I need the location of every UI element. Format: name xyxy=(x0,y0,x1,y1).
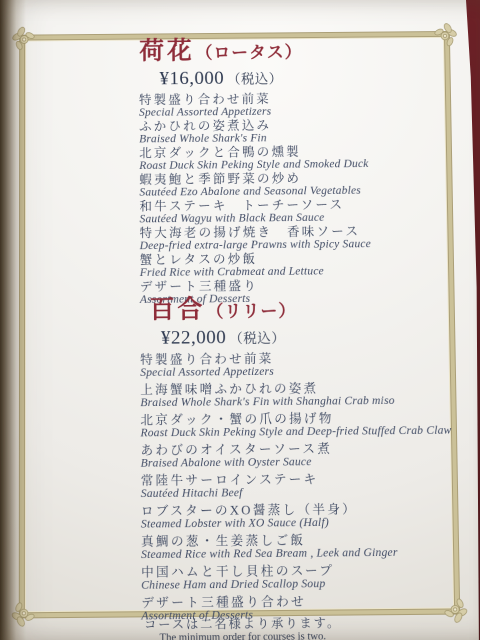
menu-item: 真鯛の葱・生姜蒸しご飯 Steamed Rice with Red Sea Br… xyxy=(141,533,480,562)
menu-item: 中国ハムと干し貝柱のスープ Chinese Ham and Dried Scal… xyxy=(141,563,480,592)
menu-item-en: Roast Duck Skin Peking Style and Deep-fr… xyxy=(140,425,480,440)
course-price: ¥22,000（税込） xyxy=(138,325,308,351)
course-title-jp: 荷花 xyxy=(139,38,195,65)
course-title: 荷花（ロータス） xyxy=(137,37,305,68)
menu-item: ふかひれの姿煮込み Braised Whole Shark's Fin xyxy=(139,118,477,146)
menu-item-en: Special Assorted Appetizers xyxy=(140,365,480,380)
menu-item: 蟹とレタスの炒飯 Fried Rice with Crabmeat and Le… xyxy=(140,251,479,279)
menu-item-en: Braised Whole Shark's Fin with Shanghai … xyxy=(140,395,480,410)
course-title: 百合（リリー） xyxy=(138,295,308,326)
menu-item-en: Fried Rice with Crabmeat and Lettuce xyxy=(140,265,479,279)
footer-note: コースは二名様より承ります。 The minimum order for cou… xyxy=(0,615,480,640)
course-price: ¥16,000（税込） xyxy=(137,66,305,91)
menu-item: 北京ダックと合鴨の燻製 Roast Duck Skin Peking Style… xyxy=(139,144,477,172)
menu-item-en: Roast Duck Skin Peking Style and Smoked … xyxy=(139,158,477,172)
menu-item: 上海蟹味噌ふかひれの姿煮 Braised Whole Shark's Fin w… xyxy=(140,381,480,410)
menu-item: 北京ダック・蟹の爪の揚げ物 Roast Duck Skin Peking Sty… xyxy=(140,411,480,440)
menu-item-en: Special Assorted Appetizers xyxy=(139,105,476,119)
menu-item: 和牛ステーキ トーチーソース Sautéed Wagyu with Black … xyxy=(139,198,478,226)
menu-item: 常陸牛サーロインステーキ Sautéed Hitachi Beef xyxy=(141,472,480,501)
course-item-list: 特製盛り合わせ前菜 Special Assorted Appetizers ふか… xyxy=(0,91,480,307)
course-title-reading: （リリー） xyxy=(206,302,296,322)
menu-item: 特製盛り合わせ前菜 Special Assorted Appetizers xyxy=(140,351,480,380)
price-tax-note: （税込） xyxy=(227,71,283,86)
menu-item-en: Steamed Rice with Red Sea Bream , Leek a… xyxy=(141,547,480,562)
menu-item-en: Sautéed Wagyu with Black Bean Sauce xyxy=(140,211,479,225)
menu-item: 特大海老の揚げ焼き 香味ソース Deep-fried extra-large P… xyxy=(140,224,479,252)
price-amount: ¥16,000 xyxy=(160,68,225,89)
menu-item-en: Sautéed Ezo Abalone and Seasonal Vegetab… xyxy=(139,185,477,199)
menu-item-en: Braised Abalone with Oyster Sauce xyxy=(141,456,480,471)
menu-item-en: Steamed Lobster with XO Sauce (Half) xyxy=(141,516,480,531)
menu-item-en: Deep-fried extra-large Prawns with Spicy… xyxy=(140,238,479,252)
menu-item: 蝦夷鮑と季節野菜の炒め Sautéed Ezo Abalone and Seas… xyxy=(139,171,477,199)
course-title-jp: 百合 xyxy=(149,296,205,323)
course-title-reading: （ロータス） xyxy=(196,43,303,62)
course-menu: 荷花（ロータス） ¥16,000（税込） 特製盛り合わせ前菜 Special A… xyxy=(0,36,480,309)
menu-item: あわびのオイスターソース煮 Braised Abalone with Oyste… xyxy=(141,441,480,470)
menu-item-en: Braised Whole Shark's Fin xyxy=(139,132,476,146)
course-item-list: 特製盛り合わせ前菜 Special Assorted Appetizers 上海… xyxy=(0,351,480,624)
menu-item: 特製盛り合わせ前菜 Special Assorted Appetizers xyxy=(139,91,476,119)
price-tax-note: （税込） xyxy=(229,331,285,347)
menu-item: ロブスターのXO醤蒸し（半身） Steamed Lobster with XO … xyxy=(141,502,480,531)
menu-item-en: Chinese Ham and Dried Scallop Soup xyxy=(141,578,480,593)
menu-content: 荷花（ロータス） ¥16,000（税込） 特製盛り合わせ前菜 Special A… xyxy=(0,3,480,640)
menu-sheet: 荷花（ロータス） ¥16,000（税込） 特製盛り合わせ前菜 Special A… xyxy=(0,3,480,640)
menu-photo: 荷花（ロータス） ¥16,000（税込） 特製盛り合わせ前菜 Special A… xyxy=(0,0,480,640)
menu-item-en: Sautéed Hitachi Beef xyxy=(141,486,480,501)
price-amount: ¥22,000 xyxy=(161,327,226,349)
course-menu: 百合（リリー） ¥22,000（税込） 特製盛り合わせ前菜 Special As… xyxy=(0,294,480,629)
